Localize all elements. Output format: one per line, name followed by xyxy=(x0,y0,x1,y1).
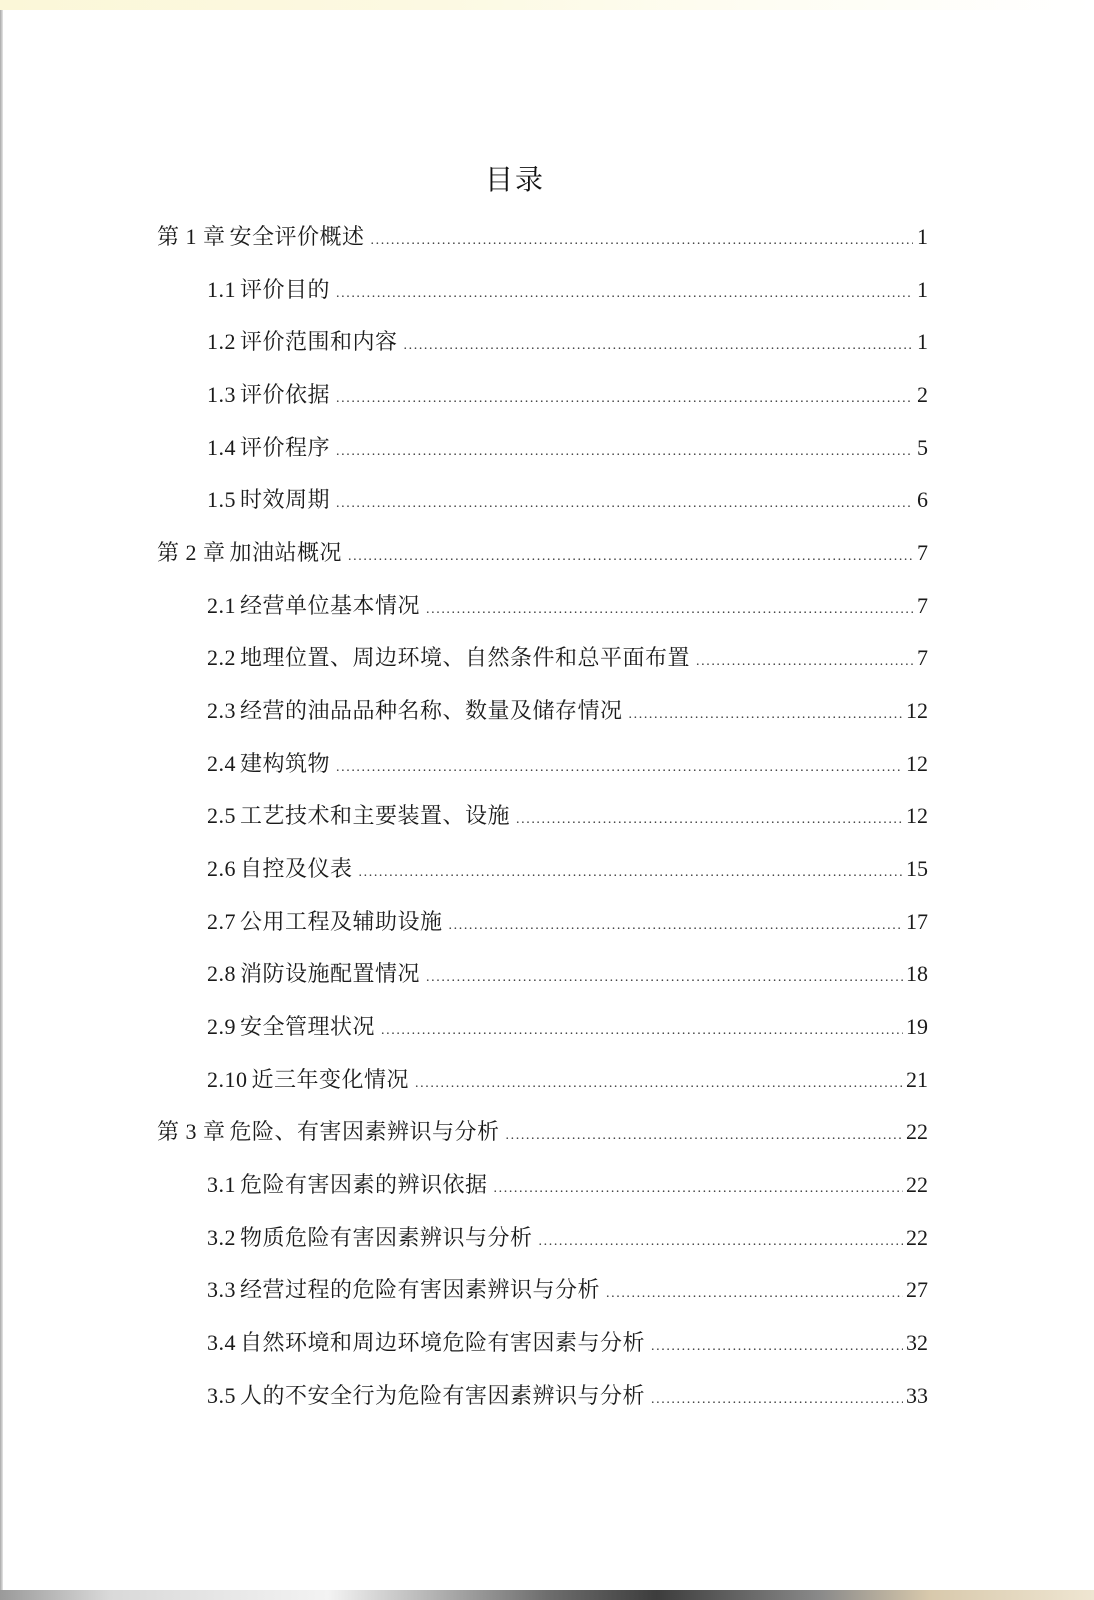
toc-entry-page: 22 xyxy=(906,1221,928,1255)
toc-entry-label: 3.3经营过程的危险有害因素辨识与分析 xyxy=(207,1273,600,1307)
toc-entry-label: 第 1 章安全评价概述 xyxy=(157,220,365,254)
toc-dot-leader xyxy=(336,386,913,412)
toc-dot-leader xyxy=(629,702,903,728)
toc-dot-leader xyxy=(426,597,913,623)
toc-dot-leader xyxy=(359,860,903,886)
toc-dot-leader xyxy=(449,913,903,939)
toc-entry-page: 1 xyxy=(916,325,928,359)
toc-entry-page: 18 xyxy=(906,957,928,991)
toc-entry-label: 第 2 章加油站概况 xyxy=(157,536,342,570)
toc-entry-label: 3.2物质危险有害因素辨识与分析 xyxy=(207,1221,533,1255)
toc-entry-page: 2 xyxy=(916,378,928,412)
toc-entry-number: 第 1 章 xyxy=(157,224,226,249)
toc-entry-1-1[interactable]: 1.1评价目的 1 xyxy=(207,273,928,307)
toc-dot-leader xyxy=(336,755,903,781)
toc-entry-number: 2.2 xyxy=(207,645,236,670)
toc-entry-1-5[interactable]: 1.5时效周期 6 xyxy=(207,483,928,517)
toc-entry-text: 自控及仪表 xyxy=(240,856,353,881)
toc-entry-1-4[interactable]: 1.4评价程序 5 xyxy=(207,431,928,465)
toc-entry-text: 危险有害因素的辨识依据 xyxy=(240,1172,488,1197)
toc-entry-label: 1.1评价目的 xyxy=(207,273,330,307)
toc-entry-chapter-2[interactable]: 第 2 章加油站概况 7 xyxy=(157,536,928,570)
toc-entry-2-2[interactable]: 2.2地理位置、周边环境、自然条件和总平面布置 7 xyxy=(207,641,928,675)
toc-entry-3-3[interactable]: 3.3经营过程的危险有害因素辨识与分析 27 xyxy=(207,1273,928,1307)
toc-entry-text: 安全评价概述 xyxy=(230,224,365,249)
toc-entry-2-9[interactable]: 2.9安全管理状况 19 xyxy=(207,1010,928,1044)
toc-entry-page: 17 xyxy=(906,905,928,939)
toc-entry-number: 1.3 xyxy=(207,382,236,407)
toc-entry-3-5[interactable]: 3.5人的不安全行为危险有害因素辨识与分析 33 xyxy=(207,1379,928,1413)
toc-entry-label: 2.1经营单位基本情况 xyxy=(207,589,420,623)
toc-dot-leader xyxy=(404,333,913,359)
toc-entry-2-8[interactable]: 2.8消防设施配置情况 18 xyxy=(207,957,928,991)
toc-entry-text: 加油站概况 xyxy=(230,540,343,565)
toc-entry-page: 21 xyxy=(906,1063,928,1097)
toc-dot-leader xyxy=(336,491,913,517)
toc-entry-3-4[interactable]: 3.4自然环境和周边环境危险有害因素与分析 32 xyxy=(207,1326,928,1360)
toc-entry-3-2[interactable]: 3.2物质危险有害因素辨识与分析 22 xyxy=(207,1221,928,1255)
toc-dot-leader xyxy=(506,1123,903,1149)
toc-entry-1-2[interactable]: 1.2评价范围和内容 1 xyxy=(207,325,928,359)
toc-entry-2-5[interactable]: 2.5工艺技术和主要装置、设施 12 xyxy=(207,799,928,833)
toc-entry-text: 建构筑物 xyxy=(240,751,330,776)
toc-entry-text: 地理位置、周边环境、自然条件和总平面布置 xyxy=(240,645,690,670)
toc-dot-leader xyxy=(539,1229,903,1255)
toc-entry-number: 2.6 xyxy=(207,856,236,881)
toc-entry-page: 27 xyxy=(906,1273,928,1307)
toc-entry-page: 5 xyxy=(916,431,928,465)
toc-entry-text: 经营过程的危险有害因素辨识与分析 xyxy=(240,1277,600,1302)
toc-entry-page: 1 xyxy=(916,273,928,307)
toc-entry-page: 32 xyxy=(906,1326,928,1360)
toc-entry-page: 6 xyxy=(916,483,928,517)
toc-entry-text: 评价依据 xyxy=(240,382,330,407)
toc-entry-page: 12 xyxy=(906,694,928,728)
toc-entry-label: 2.8消防设施配置情况 xyxy=(207,957,420,991)
toc-entry-3-1[interactable]: 3.1危险有害因素的辨识依据 22 xyxy=(207,1168,928,1202)
toc-entry-1-3[interactable]: 1.3评价依据 2 xyxy=(207,378,928,412)
toc-entry-number: 1.2 xyxy=(207,329,236,354)
toc-entry-label: 1.4评价程序 xyxy=(207,431,330,465)
toc-entry-page: 7 xyxy=(916,536,928,570)
toc-entry-page: 12 xyxy=(906,799,928,833)
toc-entry-number: 2.5 xyxy=(207,803,236,828)
toc-dot-leader xyxy=(348,544,913,570)
toc-entry-text: 工艺技术和主要装置、设施 xyxy=(240,803,510,828)
toc-entry-page: 19 xyxy=(906,1010,928,1044)
toc-entry-number: 1.4 xyxy=(207,435,236,460)
page-left-edge xyxy=(0,10,3,1590)
toc-entry-page: 15 xyxy=(906,852,928,886)
toc-entry-label: 3.1危险有害因素的辨识依据 xyxy=(207,1168,488,1202)
toc-entry-text: 人的不安全行为危险有害因素辨识与分析 xyxy=(240,1383,645,1408)
toc-entry-text: 经营的油品品种名称、数量及储存情况 xyxy=(240,698,623,723)
toc-entry-number: 3.4 xyxy=(207,1330,236,1355)
toc-entry-text: 经营单位基本情况 xyxy=(240,593,420,618)
toc-entry-number: 2.4 xyxy=(207,751,236,776)
page-title: 目录 xyxy=(0,158,1030,198)
toc-entry-label: 2.10近三年变化情况 xyxy=(207,1063,409,1097)
toc-entry-text: 消防设施配置情况 xyxy=(240,961,420,986)
toc-entry-2-1[interactable]: 2.1经营单位基本情况 7 xyxy=(207,589,928,623)
toc-entry-number: 3.2 xyxy=(207,1225,236,1250)
toc-entry-label: 2.3经营的油品品种名称、数量及储存情况 xyxy=(207,694,623,728)
toc-entry-number: 第 2 章 xyxy=(157,540,226,565)
toc-entry-label: 1.2评价范围和内容 xyxy=(207,325,398,359)
toc-entry-number: 1.1 xyxy=(207,277,236,302)
toc-dot-leader xyxy=(606,1281,903,1307)
toc-entry-number: 2.1 xyxy=(207,593,236,618)
toc-entry-page: 7 xyxy=(916,589,928,623)
toc-entry-text: 公用工程及辅助设施 xyxy=(240,909,443,934)
toc-entry-text: 时效周期 xyxy=(240,487,330,512)
toc-entry-2-4[interactable]: 2.4建构筑物 12 xyxy=(207,747,928,781)
toc-entry-label: 第 3 章危险、有害因素辨识与分析 xyxy=(157,1115,500,1149)
toc-entry-label: 1.3评价依据 xyxy=(207,378,330,412)
scan-top-tint xyxy=(0,0,1094,10)
toc-entry-page: 7 xyxy=(916,641,928,675)
toc-entry-number: 2.3 xyxy=(207,698,236,723)
toc-dot-leader xyxy=(651,1387,903,1413)
toc-entry-2-6[interactable]: 2.6自控及仪表 15 xyxy=(207,852,928,886)
toc-dot-leader xyxy=(651,1334,903,1360)
toc-entry-chapter-3[interactable]: 第 3 章危险、有害因素辨识与分析 22 xyxy=(157,1115,928,1149)
toc-entry-number: 2.8 xyxy=(207,961,236,986)
toc-entry-number: 3.3 xyxy=(207,1277,236,1302)
toc-entry-text: 评价范围和内容 xyxy=(240,329,398,354)
toc-entry-text: 安全管理状况 xyxy=(240,1014,375,1039)
toc-dot-leader xyxy=(381,1018,903,1044)
toc-entry-2-3[interactable]: 2.3经营的油品品种名称、数量及储存情况 12 xyxy=(207,694,928,728)
toc-entry-label: 2.5工艺技术和主要装置、设施 xyxy=(207,799,510,833)
toc-entry-number: 第 3 章 xyxy=(157,1119,226,1144)
toc-entry-chapter-1[interactable]: 第 1 章安全评价概述 1 xyxy=(157,220,928,254)
toc-entry-text: 危险、有害因素辨识与分析 xyxy=(230,1119,500,1144)
toc-entry-label: 2.6自控及仪表 xyxy=(207,852,353,886)
toc-entry-label: 3.5人的不安全行为危险有害因素辨识与分析 xyxy=(207,1379,645,1413)
toc-entry-number: 2.9 xyxy=(207,1014,236,1039)
toc-dot-leader xyxy=(371,228,913,254)
toc-entry-2-10[interactable]: 2.10近三年变化情况 21 xyxy=(207,1063,928,1097)
toc-entry-text: 评价目的 xyxy=(240,277,330,302)
toc-entry-number: 2.7 xyxy=(207,909,236,934)
toc-entry-text: 近三年变化情况 xyxy=(252,1067,410,1092)
toc-entry-page: 22 xyxy=(906,1168,928,1202)
toc-entry-number: 1.5 xyxy=(207,487,236,512)
toc-entry-label: 1.5时效周期 xyxy=(207,483,330,517)
toc-dot-leader xyxy=(336,281,913,307)
toc-entry-label: 3.4自然环境和周边环境危险有害因素与分析 xyxy=(207,1326,645,1360)
toc-entry-label: 2.2地理位置、周边环境、自然条件和总平面布置 xyxy=(207,641,690,675)
toc-entry-number: 3.5 xyxy=(207,1383,236,1408)
toc-dot-leader xyxy=(415,1071,903,1097)
toc-entry-text: 自然环境和周边环境危险有害因素与分析 xyxy=(240,1330,645,1355)
toc-dot-leader xyxy=(426,965,903,991)
toc-entry-label: 2.4建构筑物 xyxy=(207,747,330,781)
toc-dot-leader xyxy=(336,439,913,465)
toc-entry-2-7[interactable]: 2.7公用工程及辅助设施 17 xyxy=(207,905,928,939)
toc-entry-label: 2.9安全管理状况 xyxy=(207,1010,375,1044)
toc-entry-text: 物质危险有害因素辨识与分析 xyxy=(240,1225,533,1250)
toc-entry-page: 12 xyxy=(906,747,928,781)
toc-entry-page: 33 xyxy=(906,1379,928,1413)
toc-entry-text: 评价程序 xyxy=(240,435,330,460)
toc-dot-leader xyxy=(516,807,903,833)
toc-entry-number: 3.1 xyxy=(207,1172,236,1197)
toc-entry-label: 2.7公用工程及辅助设施 xyxy=(207,905,443,939)
toc-entry-number: 2.10 xyxy=(207,1067,248,1092)
toc-dot-leader xyxy=(696,649,913,675)
scan-bottom-shadow xyxy=(0,1590,1094,1600)
toc-dot-leader xyxy=(494,1176,903,1202)
toc-entry-page: 1 xyxy=(916,220,928,254)
toc-entry-page: 22 xyxy=(906,1115,928,1149)
